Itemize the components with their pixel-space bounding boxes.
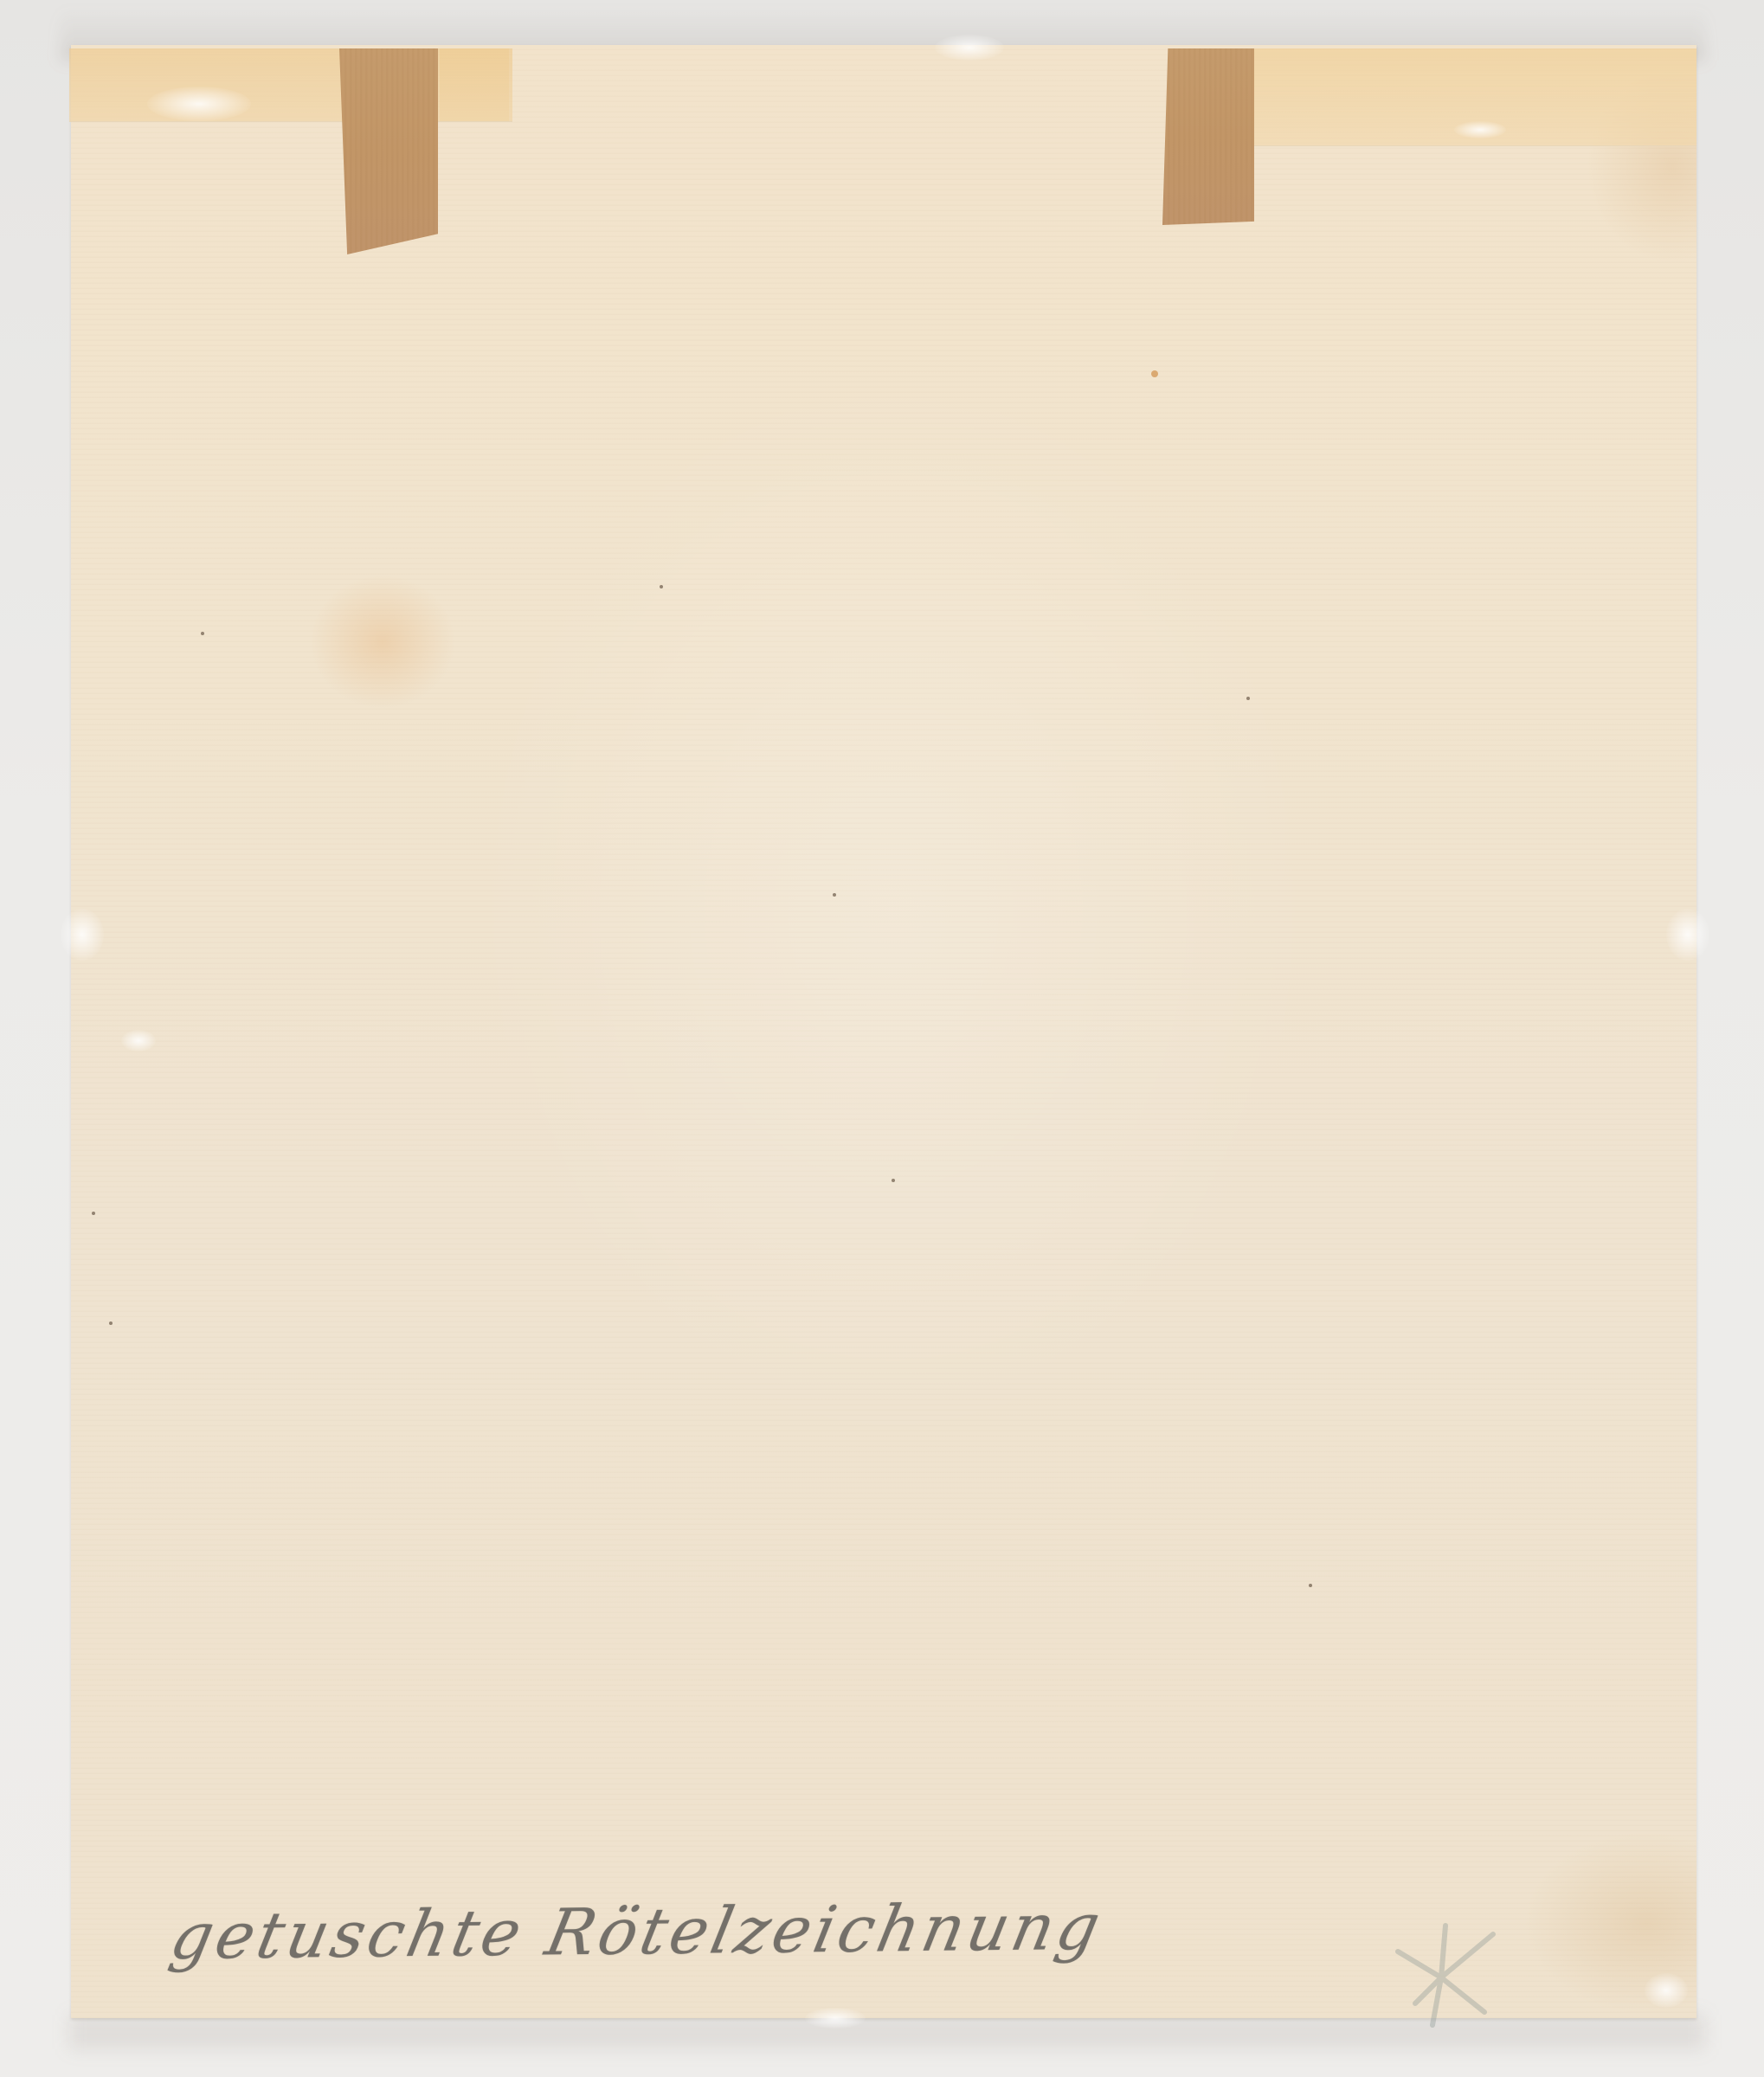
- pencil-star-mark-icon: [1381, 1917, 1510, 2029]
- abrasion-left-edge: [61, 909, 104, 961]
- dirt-speck: [660, 585, 663, 588]
- dirt-speck: [201, 632, 204, 635]
- abrasion-bottom-right: [1645, 1973, 1688, 2008]
- abrasion-left-edge-small: [121, 1030, 156, 1051]
- paper-sheet: [71, 45, 1696, 2018]
- abrasion-top-mid: [935, 35, 1004, 61]
- abrasion-bottom-edge: [805, 2008, 866, 2029]
- dirt-speck: [92, 1212, 95, 1215]
- dirt-speck: [1309, 1584, 1312, 1587]
- abrasion-right-edge: [1666, 909, 1709, 961]
- dirt-speck: [892, 1179, 895, 1182]
- kraft-tape-top-left: [339, 48, 438, 254]
- photo-scene: getuschte Rötelzeichnung: [0, 0, 1764, 2077]
- clear-tape-top-left-extension: [440, 48, 509, 122]
- kraft-tape-top-right: [1162, 48, 1254, 225]
- abrasion-top-right: [1454, 121, 1506, 138]
- dirt-speck: [833, 893, 836, 897]
- abrasion-top-left: [147, 87, 251, 121]
- foxing-speck: [1151, 370, 1158, 377]
- pencil-inscription: getuschte Rötelzeichnung: [164, 1890, 1110, 1974]
- dirt-speck: [109, 1321, 113, 1325]
- dirt-speck: [1246, 697, 1250, 700]
